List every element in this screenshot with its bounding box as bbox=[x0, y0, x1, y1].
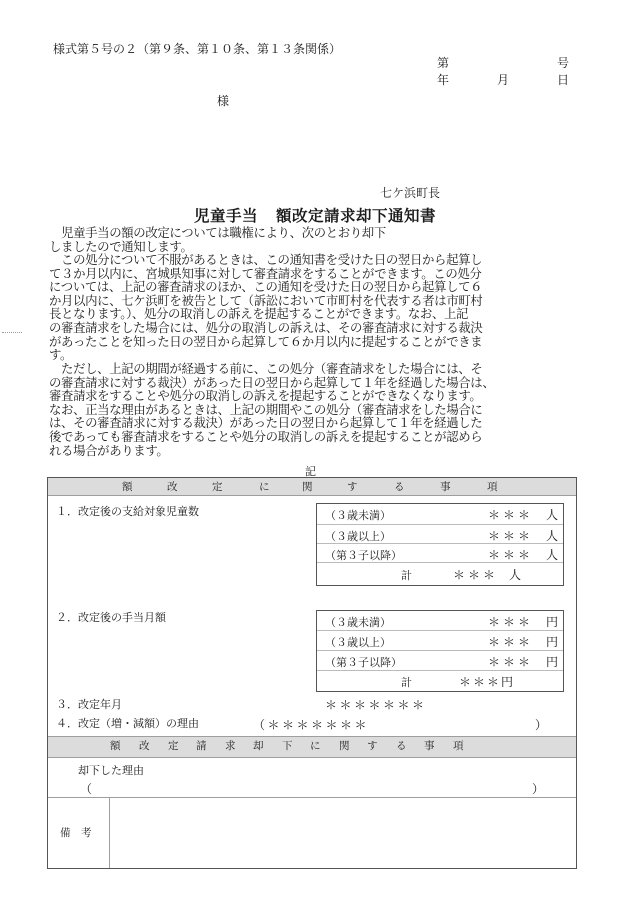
total-label: 計 bbox=[401, 674, 412, 690]
total-label: 計 bbox=[401, 567, 412, 583]
child-count-total-row: 計 ＊＊＊ 人 bbox=[317, 563, 563, 585]
row-unit: 人 bbox=[546, 527, 558, 544]
issuer-name: 七ケ浜町長 bbox=[380, 184, 440, 201]
row-unit: 人 bbox=[546, 506, 558, 523]
text-line: については、上記の審査請求のほか、この通知を受けた日の翌日から起算して６ bbox=[49, 280, 574, 294]
header-char: 下 bbox=[282, 740, 293, 752]
row-value[interactable]: ＊＊＊ bbox=[488, 653, 533, 670]
row-label: （３歳以上） bbox=[325, 634, 391, 650]
doc-number-prefix: 第 bbox=[437, 56, 449, 70]
recipient-suffix: 様 bbox=[217, 94, 229, 108]
date-day-label: 日 bbox=[557, 73, 569, 87]
text-line: 児童手当の額の改定については職権により、次のとおり却下 bbox=[49, 226, 574, 240]
header-char: 額 bbox=[110, 740, 121, 752]
text-line: す。 bbox=[49, 348, 574, 362]
doc-number-field[interactable] bbox=[452, 55, 552, 70]
text-line: ただし、上記の期間が経過する前に、この処分（審査請求をした場合には、そ bbox=[49, 362, 574, 376]
notice-paragraph-2: この処分について不服があるときは、この通知書を受けた日の翌日から起算し て３か月… bbox=[49, 253, 574, 362]
date-month-label: 月 bbox=[497, 73, 509, 87]
total-value[interactable]: ＊＊＊ bbox=[453, 566, 498, 583]
title-part2: 額改定請求却下通知書 bbox=[276, 207, 436, 225]
header-char: に bbox=[310, 740, 321, 752]
header-char: 項 bbox=[453, 740, 464, 752]
divider bbox=[48, 797, 576, 798]
revision-reason-close: ） bbox=[535, 716, 547, 733]
rejection-reason-close: ） bbox=[532, 780, 544, 797]
child-count-row: （３歳以上） ＊＊＊ 人 bbox=[317, 525, 563, 544]
row-unit: 円 bbox=[546, 633, 558, 650]
item1-label: １．改定後の支給対象児童数 bbox=[56, 505, 199, 518]
text-line: か月以内に、七ケ浜町を被告として（訴訟において市町村を代表する者は市町村 bbox=[49, 294, 574, 308]
text-line: 後であっても審査請求をすることや処分の取消しの訴えを提起することが認めら bbox=[49, 430, 574, 444]
total-unit: 人 bbox=[509, 566, 521, 583]
revision-reason-value[interactable]: （＊＊＊＊＊＊＊ bbox=[253, 716, 369, 733]
date-year-label: 年 bbox=[437, 73, 449, 87]
monthly-amount-total-row: 計 ＊＊＊円 bbox=[317, 671, 563, 691]
row-value[interactable]: ＊＊＊ bbox=[488, 546, 533, 563]
row-unit: 円 bbox=[546, 653, 558, 670]
remarks-label: 備 考 bbox=[60, 825, 92, 840]
header-char: 関 bbox=[302, 481, 313, 493]
margin-dotted-mark bbox=[2, 332, 22, 333]
text-line: れる場合があります。 bbox=[49, 444, 574, 458]
header-char: に bbox=[259, 481, 270, 493]
rejection-reason-field[interactable] bbox=[96, 778, 528, 794]
rejection-section-header: 額 改 定 請 求 却 下 に 関 す る 事 項 bbox=[48, 736, 576, 758]
monthly-amount-box: （３歳未満） ＊＊＊ 円 （３歳以上） ＊＊＊ 円 （第３子以降） ＊＊＊ 円 … bbox=[316, 610, 564, 692]
revision-section-header: 額 改 定 に 関 す る 事 項 bbox=[48, 478, 576, 496]
header-char: 求 bbox=[225, 740, 236, 752]
remarks-field[interactable] bbox=[111, 799, 573, 867]
header-char: る bbox=[394, 481, 405, 493]
item2-label: ２．改定後の手当月額 bbox=[56, 611, 166, 624]
header-char: 請 bbox=[196, 740, 207, 752]
child-count-box: （３歳未満） ＊＊＊ 人 （３歳以上） ＊＊＊ 人 （第３子以降） ＊＊＊ 人 … bbox=[316, 503, 564, 586]
monthly-amount-row: （第３子以降） ＊＊＊ 円 bbox=[317, 651, 563, 671]
notice-paragraph-3: ただし、上記の期間が経過する前に、この処分（審査請求をした場合には、そ の審査請… bbox=[49, 362, 574, 457]
row-value[interactable]: ＊＊＊ bbox=[488, 613, 533, 630]
item3-label: ３．改定年月 bbox=[56, 698, 122, 711]
header-char: る bbox=[396, 740, 407, 752]
header-char: 事 bbox=[424, 740, 435, 752]
monthly-amount-row: （３歳以上） ＊＊＊ 円 bbox=[317, 631, 563, 651]
header-char: 事 bbox=[440, 481, 451, 493]
notice-paragraph-1: 児童手当の額の改定については職権により、次のとおり却下 しましたので通知します。 bbox=[49, 226, 574, 253]
header-char: 項 bbox=[487, 481, 498, 493]
rejection-reason-open: （ bbox=[80, 780, 92, 797]
row-value[interactable]: ＊＊＊ bbox=[488, 527, 533, 544]
total-value[interactable]: ＊＊＊円 bbox=[459, 673, 515, 690]
text-line: があったことを知った日の翌日から起算して６か月以内に提起することができま bbox=[49, 335, 574, 349]
monthly-amount-row: （３歳未満） ＊＊＊ 円 bbox=[317, 611, 563, 631]
row-value[interactable]: ＊＊＊ bbox=[488, 633, 533, 650]
header-char: 額 bbox=[122, 481, 133, 493]
header-char: 改 bbox=[167, 481, 178, 493]
child-count-row: （第３子以降） ＊＊＊ 人 bbox=[317, 544, 563, 563]
child-count-row: （３歳未満） ＊＊＊ 人 bbox=[317, 504, 563, 525]
text-line: の審査請求に対する裁決）があった日の翌日から起算して１年を経過した場合は、 bbox=[49, 376, 574, 390]
text-line: は、その審査請求に対する裁決）があった日の翌日から起算して１年を経過した bbox=[49, 416, 574, 430]
row-value[interactable]: ＊＊＊ bbox=[488, 506, 533, 523]
remarks-column-divider bbox=[109, 797, 110, 868]
row-unit: 人 bbox=[546, 546, 558, 563]
page-title: 児童手当額改定請求却下通知書 bbox=[0, 204, 630, 226]
title-part1: 児童手当 bbox=[194, 207, 258, 225]
text-line: の審査請求をした場合には、処分の取消しの訴えは、その審査請求に対する裁決 bbox=[49, 321, 574, 335]
header-char: 定 bbox=[212, 481, 223, 493]
text-line: なお、正当な理由があるときは、上記の期間やこの処分（審査請求をした場合に bbox=[49, 403, 574, 417]
row-label: （３歳以上） bbox=[325, 528, 391, 544]
row-label: （第３子以降） bbox=[325, 547, 402, 563]
row-label: （第３子以降） bbox=[325, 654, 402, 670]
revision-date-value[interactable]: ＊＊＊＊＊＊＊ bbox=[325, 696, 427, 713]
text-line: て３か月以内に、宮城県知事に対して審査請求をすることができます。この処分 bbox=[49, 267, 574, 281]
text-line: 長となります。）、処分の取消しの訴えを提起することができます。なお、上記 bbox=[49, 307, 574, 321]
header-char: 関 bbox=[339, 740, 350, 752]
header-char: す bbox=[367, 740, 378, 752]
header-char: 定 bbox=[168, 740, 179, 752]
text-line: 審査請求をすることや処分の取消しの訴えを提起することができなくなります。 bbox=[49, 389, 574, 403]
form-number: 様式第５号の２（第９条、第１０条、第１３条関係） bbox=[53, 42, 341, 56]
row-unit: 円 bbox=[546, 613, 558, 630]
rejection-reason-label: 却下した理由 bbox=[78, 764, 144, 777]
row-label: （３歳未満） bbox=[325, 614, 391, 630]
text-line: この処分について不服があるときは、この通知書を受けた日の翌日から起算し bbox=[49, 253, 574, 267]
notice-table: 額 改 定 に 関 す る 事 項 １．改定後の支給対象児童数 （３歳未満） ＊… bbox=[47, 477, 577, 869]
header-char: す bbox=[347, 481, 358, 493]
header-char: 改 bbox=[139, 740, 150, 752]
doc-number-suffix: 号 bbox=[557, 56, 569, 70]
header-char: 却 bbox=[253, 740, 264, 752]
item4-label: ４．改定（増・減額）の理由 bbox=[56, 717, 199, 730]
row-label: （３歳未満） bbox=[325, 507, 391, 523]
